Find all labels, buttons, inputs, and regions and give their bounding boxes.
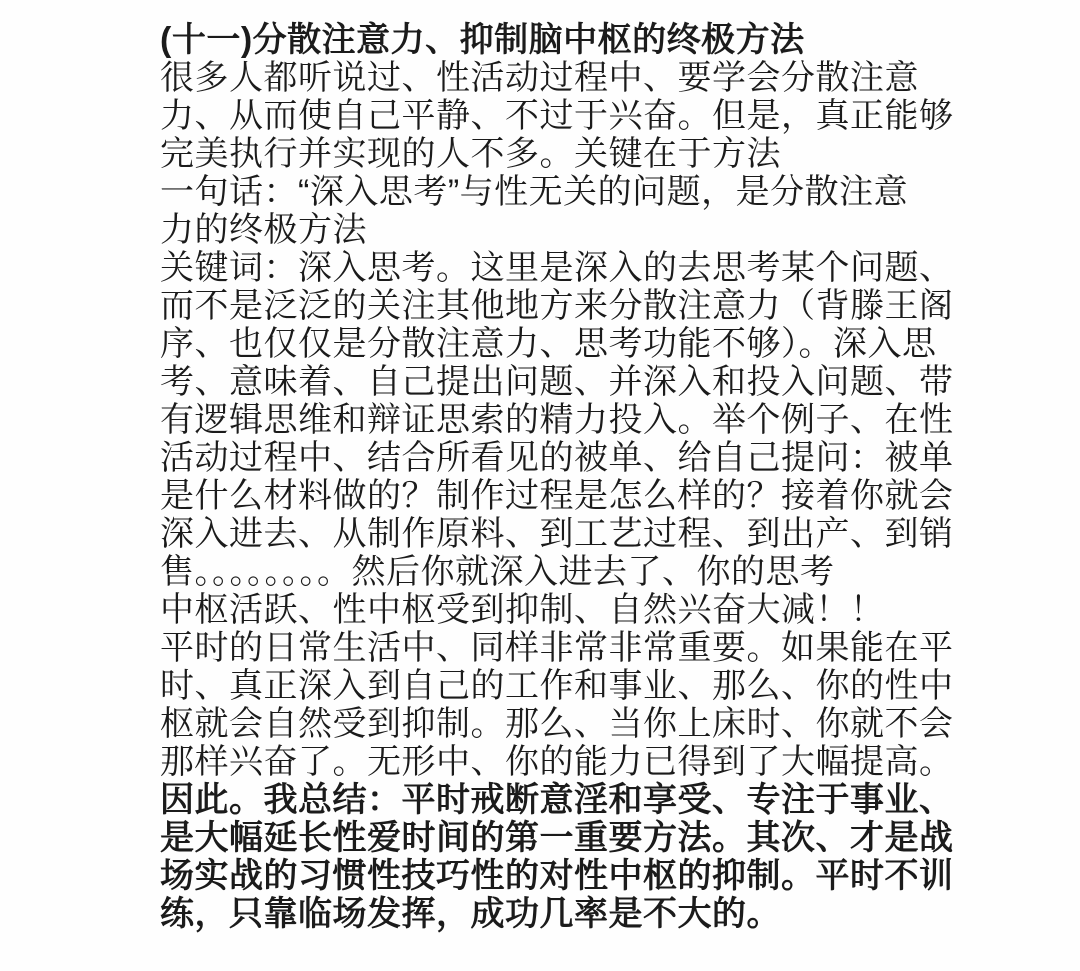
text-line: 是什么材料做的？制作过程是怎么样的？接着你就会 <box>160 477 950 515</box>
text-line: 力的终极方法 <box>160 211 950 249</box>
text-line: 中枢活跃、性中枢受到抑制、自然兴奋大减！！ <box>160 591 950 629</box>
text-line: 枢就会自然受到抑制。那么、当你上床时、你就不会 <box>160 705 950 743</box>
text-line: 因此。我总结：平时戒断意淫和享受、专注于事业、 <box>160 781 950 819</box>
text-line: 练，只靠临场发挥，成功几率是不大的。 <box>160 895 950 933</box>
text-line: 序、也仅仅是分散注意力、思考功能不够）。深入思 <box>160 325 950 363</box>
text-line: 而不是泛泛的关注其他地方来分散注意力（背滕王阁 <box>160 287 950 325</box>
text-line: 完美执行并实现的人不多。关键在于方法 <box>160 135 950 173</box>
text-line: 力、从而使自己平静、不过于兴奋。但是，真正能够 <box>160 97 950 135</box>
text-line: 一句话：“深入思考”与性无关的问题，是分散注意 <box>160 173 950 211</box>
text-line: 平时的日常生活中、同样非常非常重要。如果能在平 <box>160 629 950 667</box>
text-block: (十一)分散注意力、抑制脑中枢的终极方法很多人都听说过、性活动过程中、要学会分散… <box>160 21 950 933</box>
text-line: 很多人都听说过、性活动过程中、要学会分散注意 <box>160 59 950 97</box>
text-line: 考、意味着、自己提出问题、并深入和投入问题、带 <box>160 363 950 401</box>
text-line: 那样兴奋了。无形中、你的能力已得到了大幅提高。 <box>160 743 950 781</box>
text-line: 场实战的习惯性技巧性的对性中枢的抑制。平时不训 <box>160 857 950 895</box>
document-title-line: (十一)分散注意力、抑制脑中枢的终极方法 <box>160 21 950 59</box>
text-line: 深入进去、从制作原料、到工艺过程、到出产、到销 <box>160 515 950 553</box>
text-line: 关键词：深入思考。这里是深入的去思考某个问题、 <box>160 249 950 287</box>
document-page: (十一)分散注意力、抑制脑中枢的终极方法很多人都听说过、性活动过程中、要学会分散… <box>0 0 1080 971</box>
text-line: 是大幅延长性爱时间的第一重要方法。其次、才是战 <box>160 819 950 857</box>
text-line: 活动过程中、结合所看见的被单、给自己提问：被单 <box>160 439 950 477</box>
text-line: 时、真正深入到自己的工作和事业、那么、你的性中 <box>160 667 950 705</box>
text-line: 售。。。。。。。。然后你就深入进去了、你的思考 <box>160 553 950 591</box>
text-line: 有逻辑思维和辩证思索的精力投入。举个例子、在性 <box>160 401 950 439</box>
